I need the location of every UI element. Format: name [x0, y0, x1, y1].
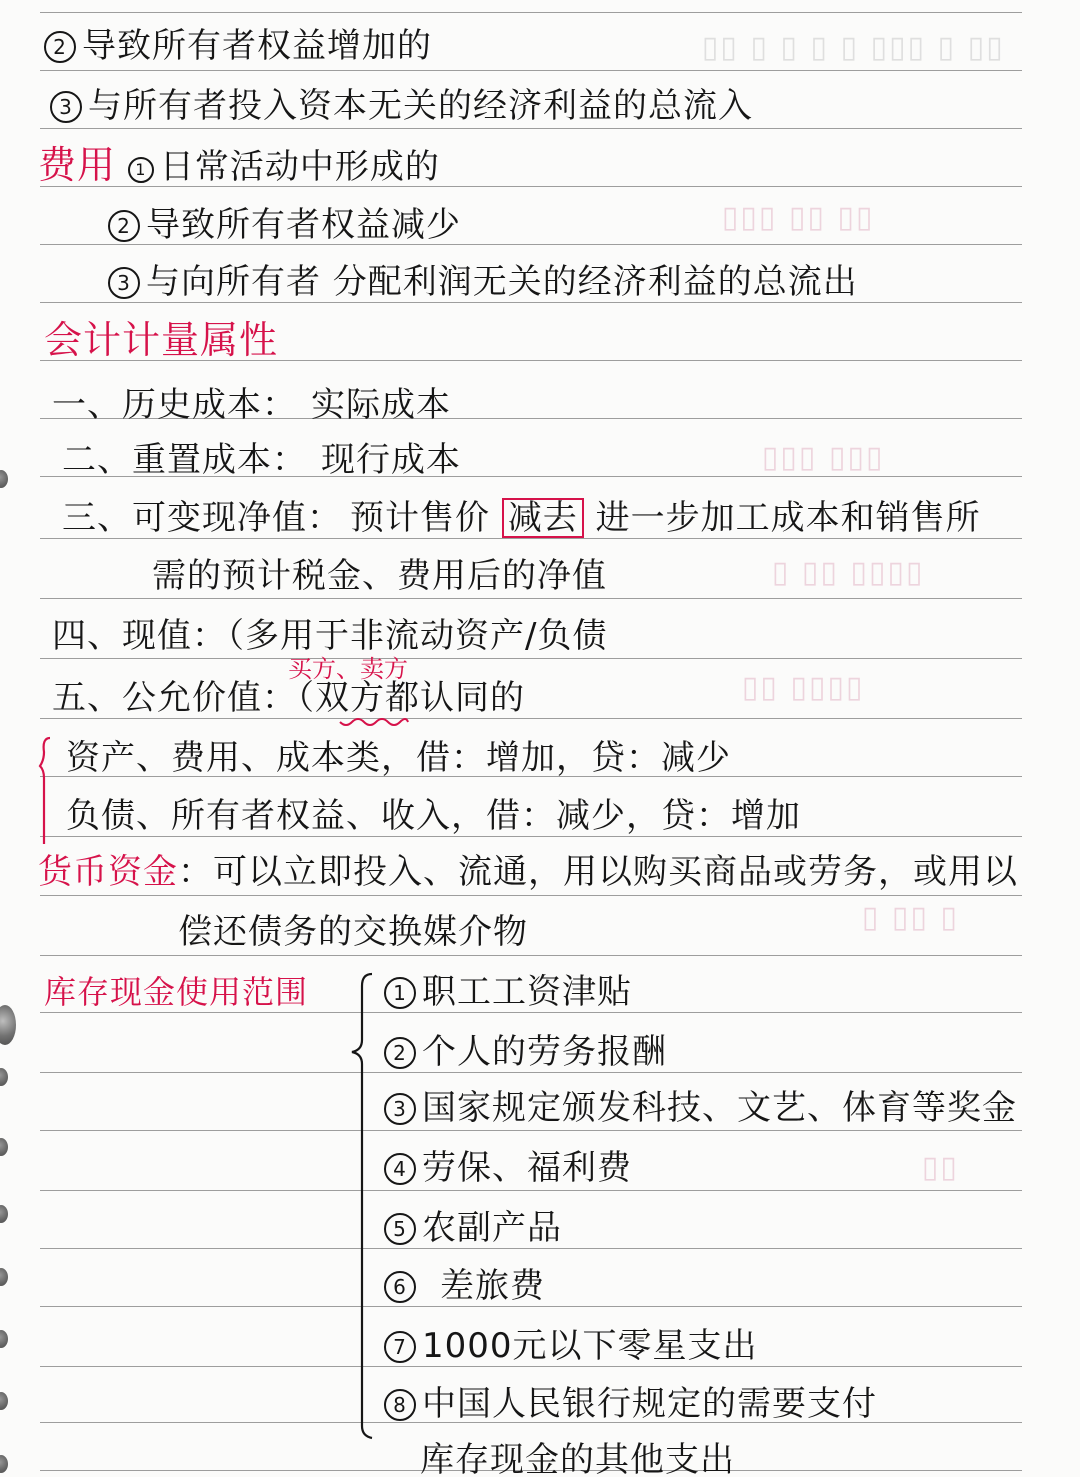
- measurement-item-3: 三、可变现净值：预计售价 减去 进一步加工成本和销售所: [62, 498, 981, 538]
- monetary-funds-row: 货币资金：可以立即投入、流通，用以购买商品或劳务，或用以: [38, 852, 1018, 892]
- item-text: 实际成本: [311, 385, 451, 425]
- item-text: （多用于非流动资产/负债: [227, 616, 607, 656]
- measurement-heading: 会计计量属性: [44, 320, 278, 360]
- item-text: 都认同的: [385, 678, 525, 718]
- cash-scope-continuation: 库存现金的其他支出: [420, 1440, 735, 1477]
- cash-scope-item: 1职工工资津贴: [384, 972, 632, 1012]
- item-text: 现行成本: [321, 440, 461, 480]
- cash-scope-item: 3国家规定颁发科技、文艺、体育等奖金: [384, 1088, 1017, 1128]
- account-group: 资产、费用、成本类: [66, 738, 381, 778]
- circled-number: 2: [384, 1037, 416, 1069]
- item-text: 1000元以下零星支出: [422, 1326, 758, 1366]
- red-brace: [38, 736, 52, 846]
- black-brace: [348, 970, 378, 1440]
- monetary-funds-heading: 货币资金: [38, 852, 178, 892]
- item-text: 与所有者投入资本无关的经济利益的总流入: [88, 86, 753, 126]
- account-group: 负债、所有者权益、收入: [66, 796, 451, 836]
- underlined-word: 双方: [315, 678, 385, 718]
- circled-number: 8: [384, 1389, 416, 1421]
- binding-hole: [0, 470, 8, 488]
- circled-number: 1: [128, 157, 154, 183]
- cash-scope-item: 2个人的劳务报酬: [384, 1032, 667, 1072]
- credit-rule: 贷：增加: [661, 796, 801, 836]
- circled-number: 1: [384, 977, 416, 1009]
- notebook-page: ▯▯ ▯ ▯▯▯ ▯ ▯ ▯ ▯ ▯▯ ▯▯ ▯▯ ▯▯▯ ▯▯▯ ▯▯▯ ▯▯…: [0, 0, 1080, 1477]
- item-label: 一、历史成本: [52, 385, 262, 425]
- binding-hole: [0, 1005, 16, 1045]
- circled-number: 2: [44, 31, 76, 63]
- item-text: 中国人民银行规定的需要支付: [422, 1384, 877, 1424]
- circled-number: 3: [50, 91, 82, 123]
- cash-scope-item: 8中国人民银行规定的需要支付: [384, 1384, 877, 1424]
- item-label: 二、重置成本: [62, 440, 272, 480]
- circled-number: 7: [384, 1331, 416, 1363]
- measurement-item-2: 二、重置成本：现行成本: [62, 440, 461, 480]
- cash-scope-item: 5农副产品: [384, 1208, 562, 1248]
- item-text: 预计售价: [350, 498, 490, 538]
- expense-item-3: 3与向所有者 分配利润无关的经济利益的总流出: [108, 262, 858, 302]
- binding-hole: [0, 1330, 8, 1348]
- cash-scope-heading: 库存现金使用范围: [44, 972, 308, 1012]
- expense-heading: 费用: [38, 143, 116, 187]
- item-label: 四、现值: [52, 616, 192, 656]
- item-label: 五、公允价值: [52, 678, 262, 718]
- measurement-item-4: 四、现值：（多用于非流动资产/负债: [52, 616, 607, 656]
- income-item-3: 3与所有者投入资本无关的经济利益的总流入: [50, 86, 753, 126]
- expense-heading-row: 费用 1日常活动中形成的: [38, 145, 440, 187]
- item-text: 职工工资津贴: [422, 972, 632, 1012]
- monetary-funds-continuation: 偿还债务的交换媒介物: [178, 912, 528, 952]
- debit-credit-row-liabilities: 负债、所有者权益、收入，借：减少，贷：增加: [66, 796, 801, 836]
- circled-number: 2: [108, 210, 140, 242]
- debit-rule: 借：增加: [416, 738, 556, 778]
- binding-hole: [0, 1392, 8, 1410]
- definition-text: ：可以立即投入、流通，用以购买商品或劳务，或用以: [178, 852, 1018, 892]
- income-item-2: 2导致所有者权益增加的: [44, 26, 432, 66]
- item-text: 导致所有者权益增加的: [82, 26, 432, 66]
- red-wavy-underline: [338, 718, 410, 728]
- measurement-item-3-continuation: 需的预计税金、费用后的净值: [152, 556, 607, 596]
- debit-credit-row-assets: 资产、费用、成本类，借：增加，贷：减少: [66, 738, 731, 778]
- credit-rule: 贷：减少: [591, 738, 731, 778]
- item-text: 与向所有者 分配利润无关的经济利益的总流出: [146, 262, 858, 302]
- circled-number: 6: [384, 1271, 416, 1303]
- cash-scope-item: 71000元以下零星支出: [384, 1326, 758, 1366]
- debit-rule: 借：减少: [486, 796, 626, 836]
- binding-hole: [0, 1268, 8, 1286]
- circled-number: 3: [108, 267, 140, 299]
- circled-number: 3: [384, 1093, 416, 1125]
- circled-number: 5: [384, 1213, 416, 1245]
- binding-hole: [0, 1068, 8, 1086]
- cash-scope-item: 6差旅费: [384, 1266, 545, 1306]
- item-text: 农副产品: [422, 1208, 562, 1248]
- boxed-emphasis: 减去: [502, 498, 584, 538]
- item-text: 个人的劳务报酬: [422, 1032, 667, 1072]
- measurement-item-1: 一、历史成本：实际成本: [52, 385, 451, 425]
- measurement-item-5: 五、公允价值：（双方都认同的: [52, 678, 525, 718]
- expense-item-2: 2导致所有者权益减少: [108, 205, 461, 245]
- binding-hole: [0, 1455, 8, 1473]
- item-text: 差旅费: [440, 1266, 545, 1306]
- item-label: 三、可变现净值: [62, 498, 307, 538]
- item-text: 日常活动中形成的: [160, 147, 440, 187]
- cash-scope-item: 4劳保、福利费: [384, 1148, 632, 1188]
- spiral-binding: [0, 0, 14, 1477]
- item-text: 劳保、福利费: [422, 1148, 632, 1188]
- item-text: 导致所有者权益减少: [146, 205, 461, 245]
- item-text: 进一步加工成本和销售所: [596, 498, 981, 538]
- circled-number: 4: [384, 1153, 416, 1185]
- item-text: 国家规定颁发科技、文艺、体育等奖金: [422, 1088, 1017, 1128]
- binding-hole: [0, 1138, 8, 1156]
- binding-hole: [0, 1205, 8, 1223]
